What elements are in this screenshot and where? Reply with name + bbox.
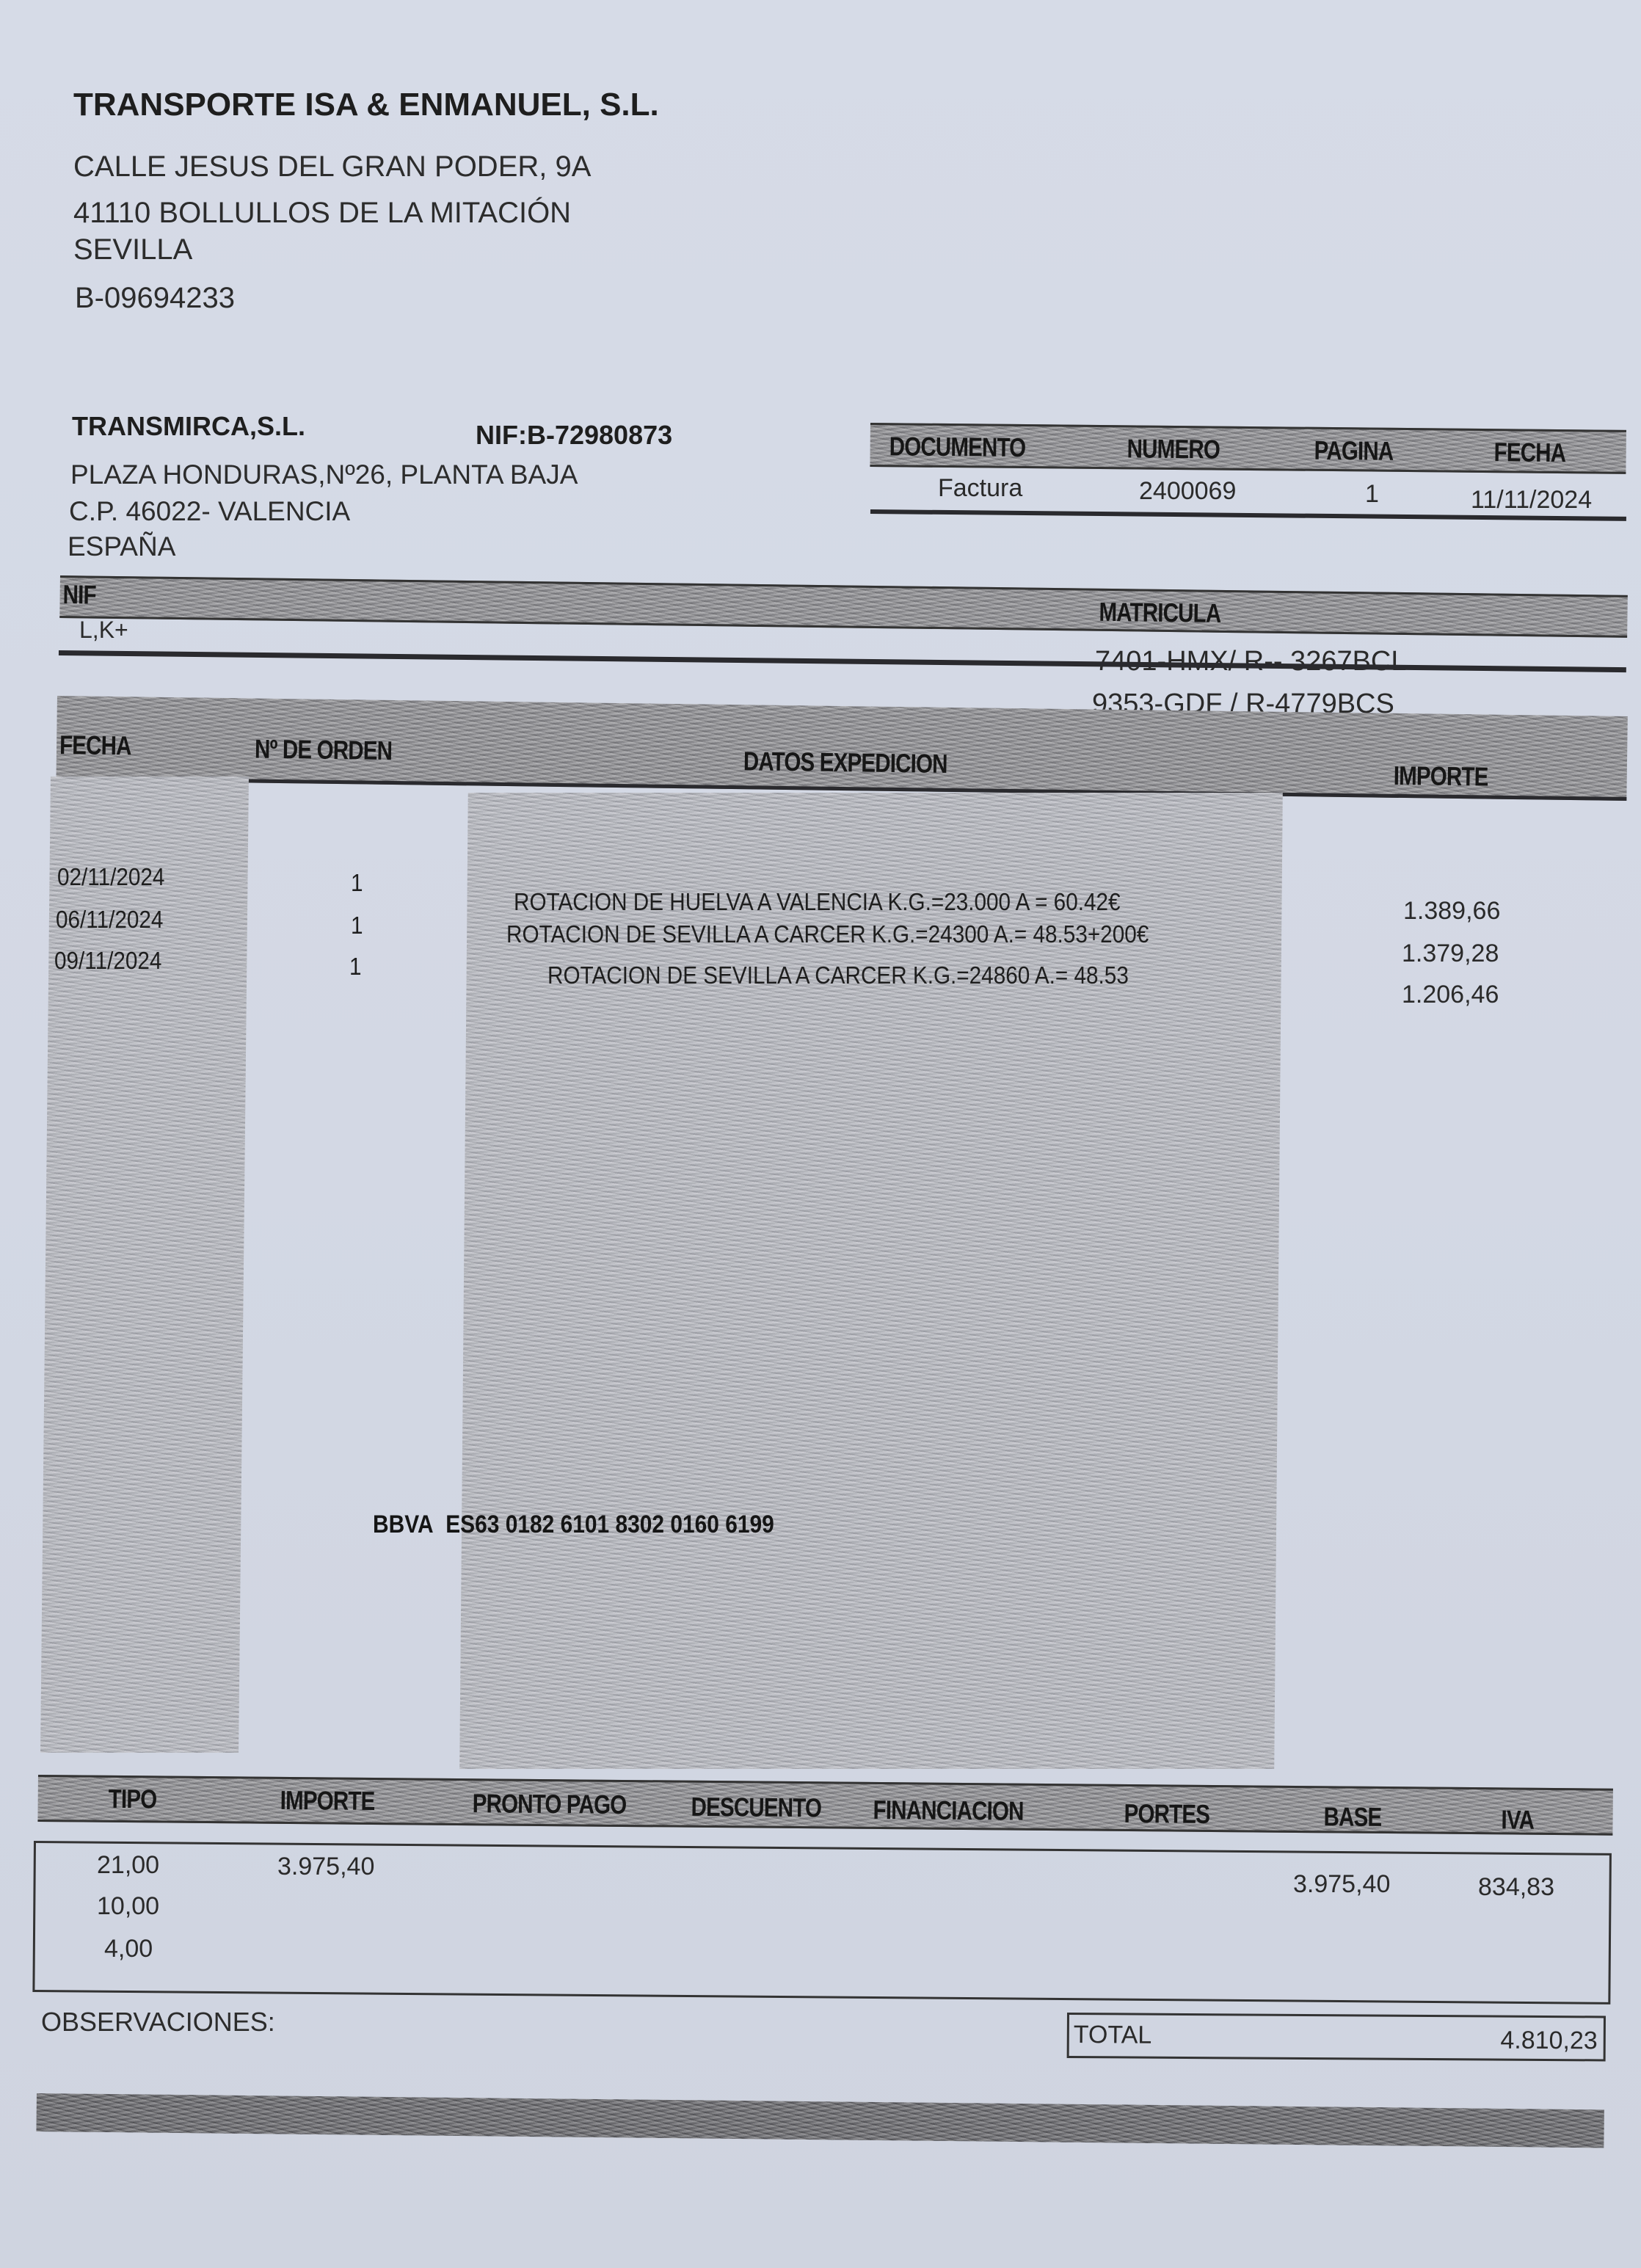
- row-3-fecha: 09/11/2024: [54, 947, 161, 975]
- sender-tax-id: B-09694233: [75, 282, 235, 315]
- doc-header-fecha: FECHA: [1493, 437, 1565, 468]
- observaciones-label: OBSERVACIONES:: [41, 2007, 275, 2038]
- doc-value-fecha: 11/11/2024: [1471, 486, 1592, 515]
- total-box: TOTAL 4.810,23: [1067, 2013, 1606, 2061]
- sender-city: SEVILLA: [73, 233, 192, 266]
- row-1-orden: 1: [351, 869, 363, 897]
- footer-band: [36, 2093, 1604, 2148]
- row-2-importe: 1.379,28: [1402, 939, 1499, 968]
- invoice-page: TRANSPORTE ISA & ENMANUEL, S.L. CALLE JE…: [0, 0, 1641, 2268]
- tax-header-financiacion: FINANCIACION: [873, 1795, 1023, 1827]
- row-1-fecha: 02/11/2024: [57, 863, 164, 891]
- tax-header-base: BASE: [1323, 1801, 1381, 1833]
- lines-header-fecha: FECHA: [59, 730, 131, 761]
- tax-tipo-4: 4,00: [104, 1935, 153, 1963]
- bank-name: BBVA: [373, 1511, 434, 1538]
- row-1-datos: ROTACION DE HUELVA A VALENCIA K.G.=23.00…: [514, 888, 1121, 916]
- tax-iva-value: 834,83: [1478, 1873, 1554, 1902]
- client-nif: NIF:B-72980873: [476, 420, 672, 451]
- tax-table-body: [32, 1841, 1612, 2005]
- document-info-header: DOCUMENTO NUMERO PAGINA FECHA: [870, 423, 1626, 474]
- sender-name: TRANSPORTE ISA & ENMANUEL, S.L.: [73, 87, 659, 123]
- lines-header-orden: Nº DE ORDEN: [255, 734, 393, 766]
- doc-header-numero: NUMERO: [1127, 433, 1220, 465]
- lines-header-datos: DATOS EXPEDICION: [743, 746, 947, 779]
- tax-base-value: 3.975,40: [1293, 1870, 1390, 1899]
- doc-value-documento: Factura: [938, 474, 1022, 503]
- row-3-importe: 1.206,46: [1402, 981, 1499, 1009]
- client-address-line2: C.P. 46022- VALENCIA: [69, 496, 350, 527]
- tax-header-pronto-pago: PRONTO PAGO: [472, 1788, 626, 1820]
- tax-importe-value: 3.975,40: [277, 1853, 374, 1881]
- doc-header-pagina: PAGINA: [1314, 435, 1393, 467]
- tax-header-importe: IMPORTE: [280, 1785, 375, 1817]
- client-country: ESPAÑA: [68, 531, 175, 562]
- nif-value: L,K+: [79, 617, 128, 644]
- row-3-orden: 1: [349, 953, 362, 981]
- tax-tipo-10: 10,00: [97, 1892, 159, 1921]
- matricula-label: MATRICULA: [1099, 597, 1220, 629]
- bank-info: BBVA ES63 0182 6101 8302 0160 6199: [373, 1511, 774, 1539]
- row-2-fecha: 06/11/2024: [56, 906, 163, 934]
- doc-header-documento: DOCUMENTO: [889, 431, 1025, 463]
- sender-address-line1: CALLE JESUS DEL GRAN PODER, 9A: [73, 150, 591, 183]
- total-value: 4.810,23: [1500, 2027, 1598, 2056]
- bank-iban: ES63 0182 6101 8302 0160 6199: [445, 1511, 774, 1538]
- total-label: TOTAL: [1074, 2021, 1152, 2050]
- client-address-line1: PLAZA HONDURAS,Nº26, PLANTA BAJA: [70, 459, 578, 490]
- doc-value-numero: 2400069: [1139, 477, 1236, 506]
- row-2-orden: 1: [351, 912, 363, 939]
- row-3-datos: ROTACION DE SEVILLA A CARCER K.G.=24860 …: [547, 962, 1129, 989]
- row-1-importe: 1.389,66: [1403, 897, 1500, 926]
- tax-tipo-21: 21,00: [97, 1851, 159, 1880]
- nif-matricula-header: NIF MATRICULA: [59, 575, 1628, 638]
- tax-header-portes: PORTES: [1124, 1798, 1209, 1830]
- tax-header-tipo: TIPO: [109, 1784, 157, 1815]
- row-2-datos: ROTACION DE SEVILLA A CARCER K.G.=24300 …: [506, 920, 1149, 948]
- client-name: TRANSMIRCA,S.L.: [72, 411, 305, 442]
- nif-label: NIF: [62, 579, 96, 611]
- tax-table-header: TIPO IMPORTE PRONTO PAGO DESCUENTO FINAN…: [37, 1775, 1612, 1836]
- tax-header-iva: IVA: [1501, 1804, 1534, 1835]
- lines-header-importe: IMPORTE: [1393, 760, 1488, 793]
- doc-value-pagina: 1: [1365, 480, 1379, 509]
- sender-address-line2: 41110 BOLLULLOS DE LA MITACIÓN: [73, 197, 571, 230]
- tax-header-descuento: DESCUENTO: [691, 1792, 821, 1824]
